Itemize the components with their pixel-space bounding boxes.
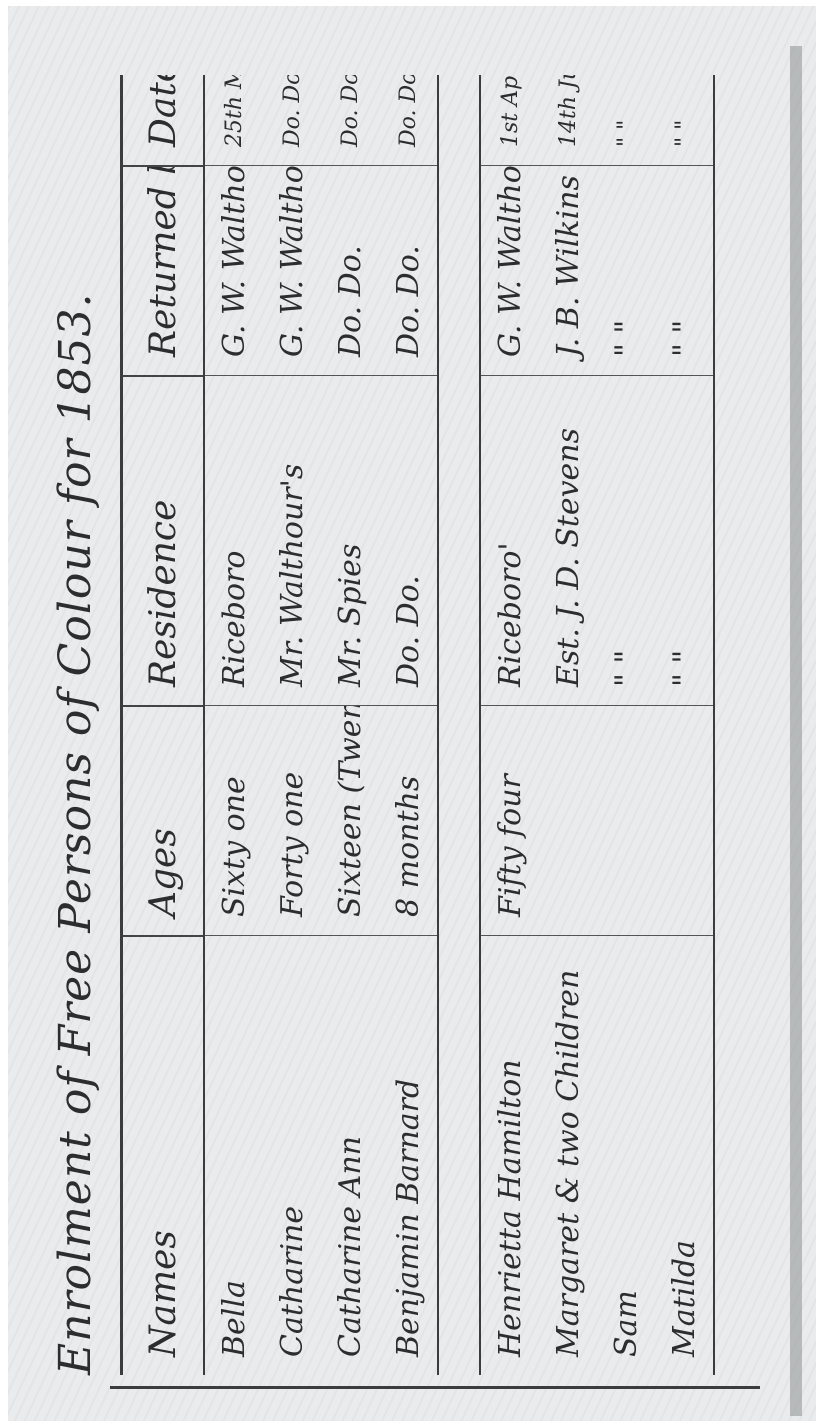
cell-name: Catharine Ann <box>321 935 379 1375</box>
ledger-title: Enrolment of Free Persons of Colour for … <box>50 293 101 1375</box>
cell-age: Forty one <box>263 705 321 935</box>
cell-date: Do. Do. <box>263 75 321 165</box>
cell-returned-by: Do. Do. <box>321 165 379 375</box>
header-returned-by: Returned by <box>123 165 203 375</box>
cell-returned-by: " " <box>655 165 713 375</box>
cell-date: Do. Do. <box>379 75 437 165</box>
cell-date: " " <box>597 75 655 165</box>
cell-returned-by: " " <box>597 165 655 375</box>
cell-residence: Do. Do. <box>379 375 437 705</box>
cell-returned-by: G. W. Walthour <box>263 165 321 375</box>
cell-returned-by: J. B. Wilkins <box>539 165 597 375</box>
cell-date: " " <box>655 75 713 165</box>
cell-date: 14th June <box>539 75 597 165</box>
table-header: Names Ages Residence Returned by Date <box>120 75 205 1375</box>
cell-residence: Riceboro <box>205 375 263 705</box>
cell-name: Sam <box>597 935 655 1375</box>
page-edge-shadow <box>790 46 802 1416</box>
cell-name: Margaret & two Children <box>539 935 597 1375</box>
row-spacer <box>439 75 481 1375</box>
header-residence: Residence <box>123 375 203 705</box>
table-row: CatharineForty oneMr. Walthour'sG. W. Wa… <box>263 75 321 1375</box>
cell-returned-by: Do. Do. <box>379 165 437 375</box>
table-row: Catharine AnnSixteen (Twenty one struck)… <box>321 75 379 1375</box>
header-date: Date <box>123 75 203 165</box>
cell-date: 1st April <box>481 75 539 165</box>
table-row: Sam" "" "" " <box>597 75 655 1375</box>
cell-name: Catharine <box>263 935 321 1375</box>
cell-name: Bella <box>205 935 263 1375</box>
cell-age: 8 months <box>379 705 437 935</box>
cell-date: 25th March <box>205 75 263 165</box>
cell-age <box>655 705 713 935</box>
cell-residence: Mr. Walthour's <box>263 375 321 705</box>
cell-residence: " " <box>597 375 655 705</box>
cell-returned-by: G. W. Walthour <box>481 165 539 375</box>
ledger-sheet: Enrolment of Free Persons of Colour for … <box>40 65 780 1395</box>
header-ages: Ages <box>123 705 203 935</box>
cell-returned-by: G. W. Walthour <box>205 165 263 375</box>
cell-name: Benjamin Barnard <box>379 935 437 1375</box>
table-row: BellaSixty oneRiceboroG. W. Walthour25th… <box>205 75 263 1375</box>
cell-residence: Riceboro' <box>481 375 539 705</box>
cell-name: Henrietta Hamilton <box>481 935 539 1375</box>
cell-residence: " " <box>655 375 713 705</box>
table-body: BellaSixty oneRiceboroG. W. Walthour25th… <box>205 75 715 1375</box>
table-row: Henrietta HamiltonFifty fourRiceboro'G. … <box>481 75 539 1375</box>
table-row: Margaret & two ChildrenEst. J. D. Steven… <box>539 75 597 1375</box>
cell-age <box>597 705 655 935</box>
cell-age <box>539 705 597 935</box>
cell-residence: Est. J. D. Stevens <box>539 375 597 705</box>
enrolment-table: Names Ages Residence Returned by Date Be… <box>120 75 715 1375</box>
cell-age: Sixty one <box>205 705 263 935</box>
cell-age: Fifty four <box>481 705 539 935</box>
cell-date: Do. Do. <box>321 75 379 165</box>
table-row: Benjamin Barnard8 monthsDo. Do.Do. Do.Do… <box>379 75 439 1375</box>
cell-age: Sixteen (Twenty one struck) <box>321 705 379 935</box>
cell-residence: Mr. Spies <box>321 375 379 705</box>
table-row: Matilda" "" "" " <box>655 75 715 1375</box>
header-names: Names <box>123 935 203 1375</box>
cell-name: Matilda <box>655 935 713 1375</box>
